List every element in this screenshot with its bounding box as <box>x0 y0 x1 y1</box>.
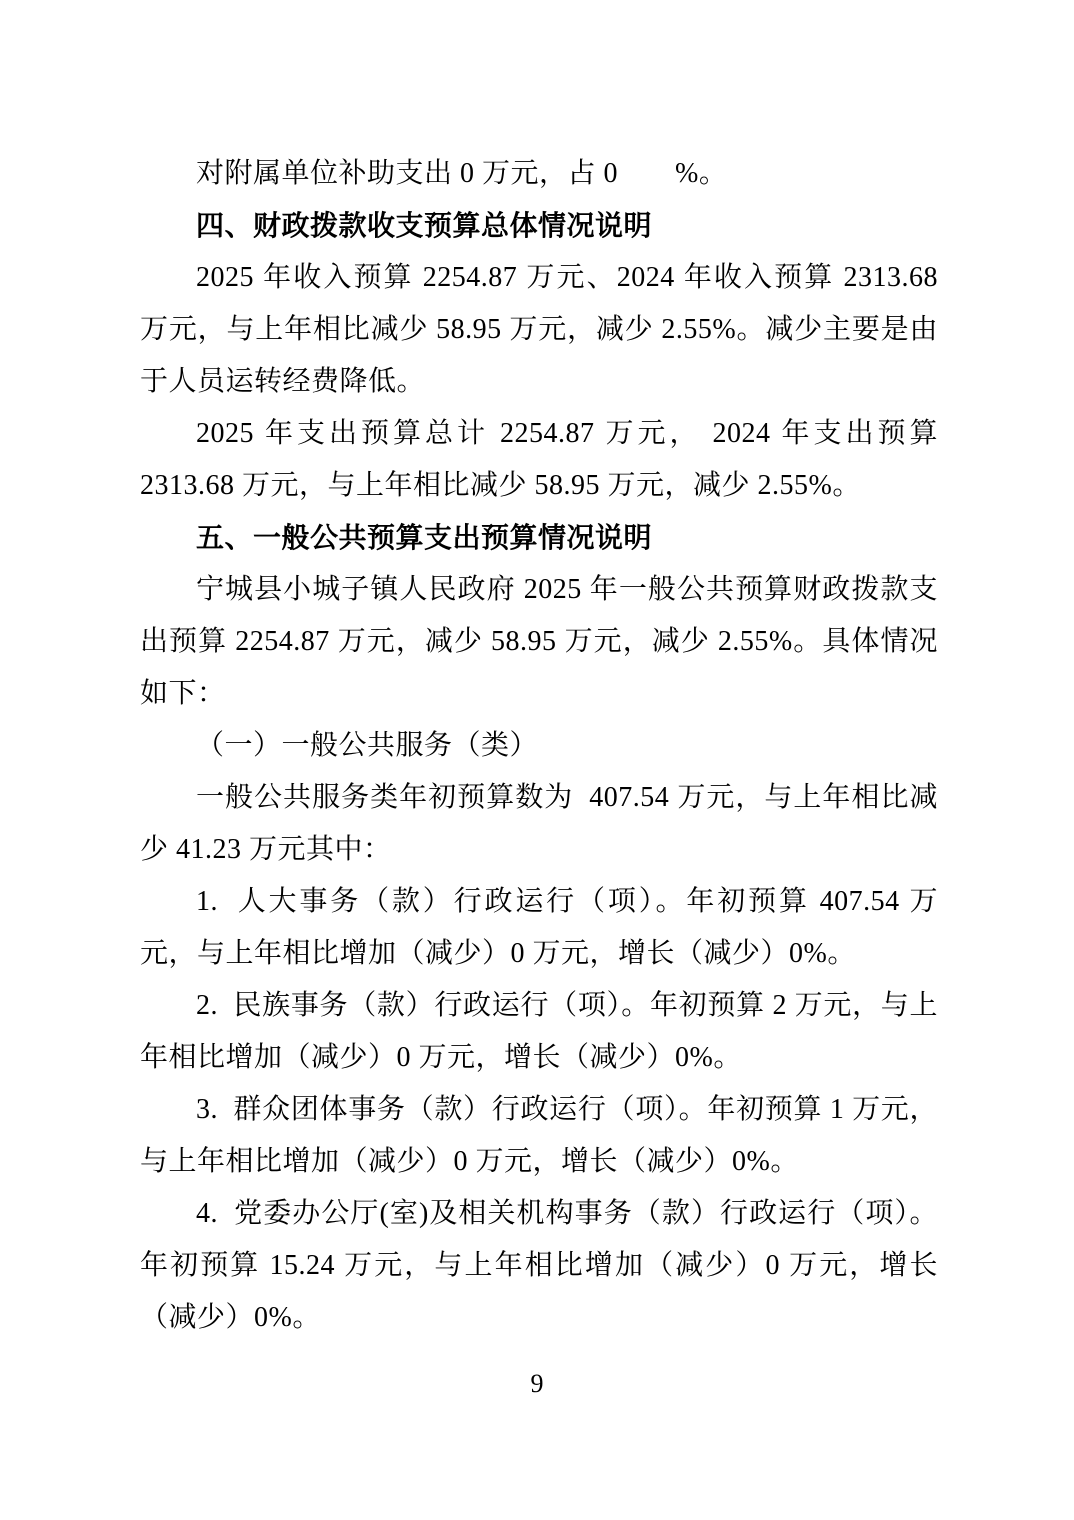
para-item-2-ethnic-affairs: 2. 民族事务（款）行政运行（项）。年初预算 2 万元，与上年相比增加（减少）0… <box>140 980 938 1084</box>
document-body: 对附属单位补助支出 0 万元，占 0 %。 四、财政拨款收支预算总体情况说明 2… <box>140 148 938 1344</box>
para-revenue-budget-2025: 2025 年收入预算 2254.87 万元、2024 年收入预算 2313.68… <box>140 252 938 408</box>
para-affiliated-unit-subsidy: 对附属单位补助支出 0 万元，占 0 %。 <box>140 148 938 200</box>
para-general-public-service-class: （一）一般公共服务（类） <box>140 720 938 772</box>
document-page: 对附属单位补助支出 0 万元，占 0 %。 四、财政拨款收支预算总体情况说明 2… <box>0 0 1074 1520</box>
heading-section-five-public-budget: 五、一般公共预算支出预算情况说明 <box>140 512 938 564</box>
para-expenditure-budget-2025: 2025 年支出预算总计 2254.87 万元， 2024 年支出预算 2313… <box>140 408 938 512</box>
para-item-1-peoples-congress: 1. 人大事务（款）行政运行（项）。年初预算 407.54 万元，与上年相比增加… <box>140 876 938 980</box>
heading-section-four-fiscal-summary: 四、财政拨款收支预算总体情况说明 <box>140 200 938 252</box>
page-number: 9 <box>0 1368 1074 1400</box>
para-town-government-budget: 宁城县小城子镇人民政府 2025 年一般公共预算财政拨款支出预算 2254.87… <box>140 564 938 720</box>
para-item-4-party-committee-office: 4. 党委办公厅(室)及相关机构事务（款）行政运行（项）。年初预算 15.24 … <box>140 1188 938 1344</box>
para-general-public-service-amount: 一般公共服务类年初预算数为 407.54 万元，与上年相比减少 41.23 万元… <box>140 772 938 876</box>
para-item-3-mass-organizations: 3. 群众团体事务（款）行政运行（项）。年初预算 1 万元，与上年相比增加（减少… <box>140 1084 938 1188</box>
